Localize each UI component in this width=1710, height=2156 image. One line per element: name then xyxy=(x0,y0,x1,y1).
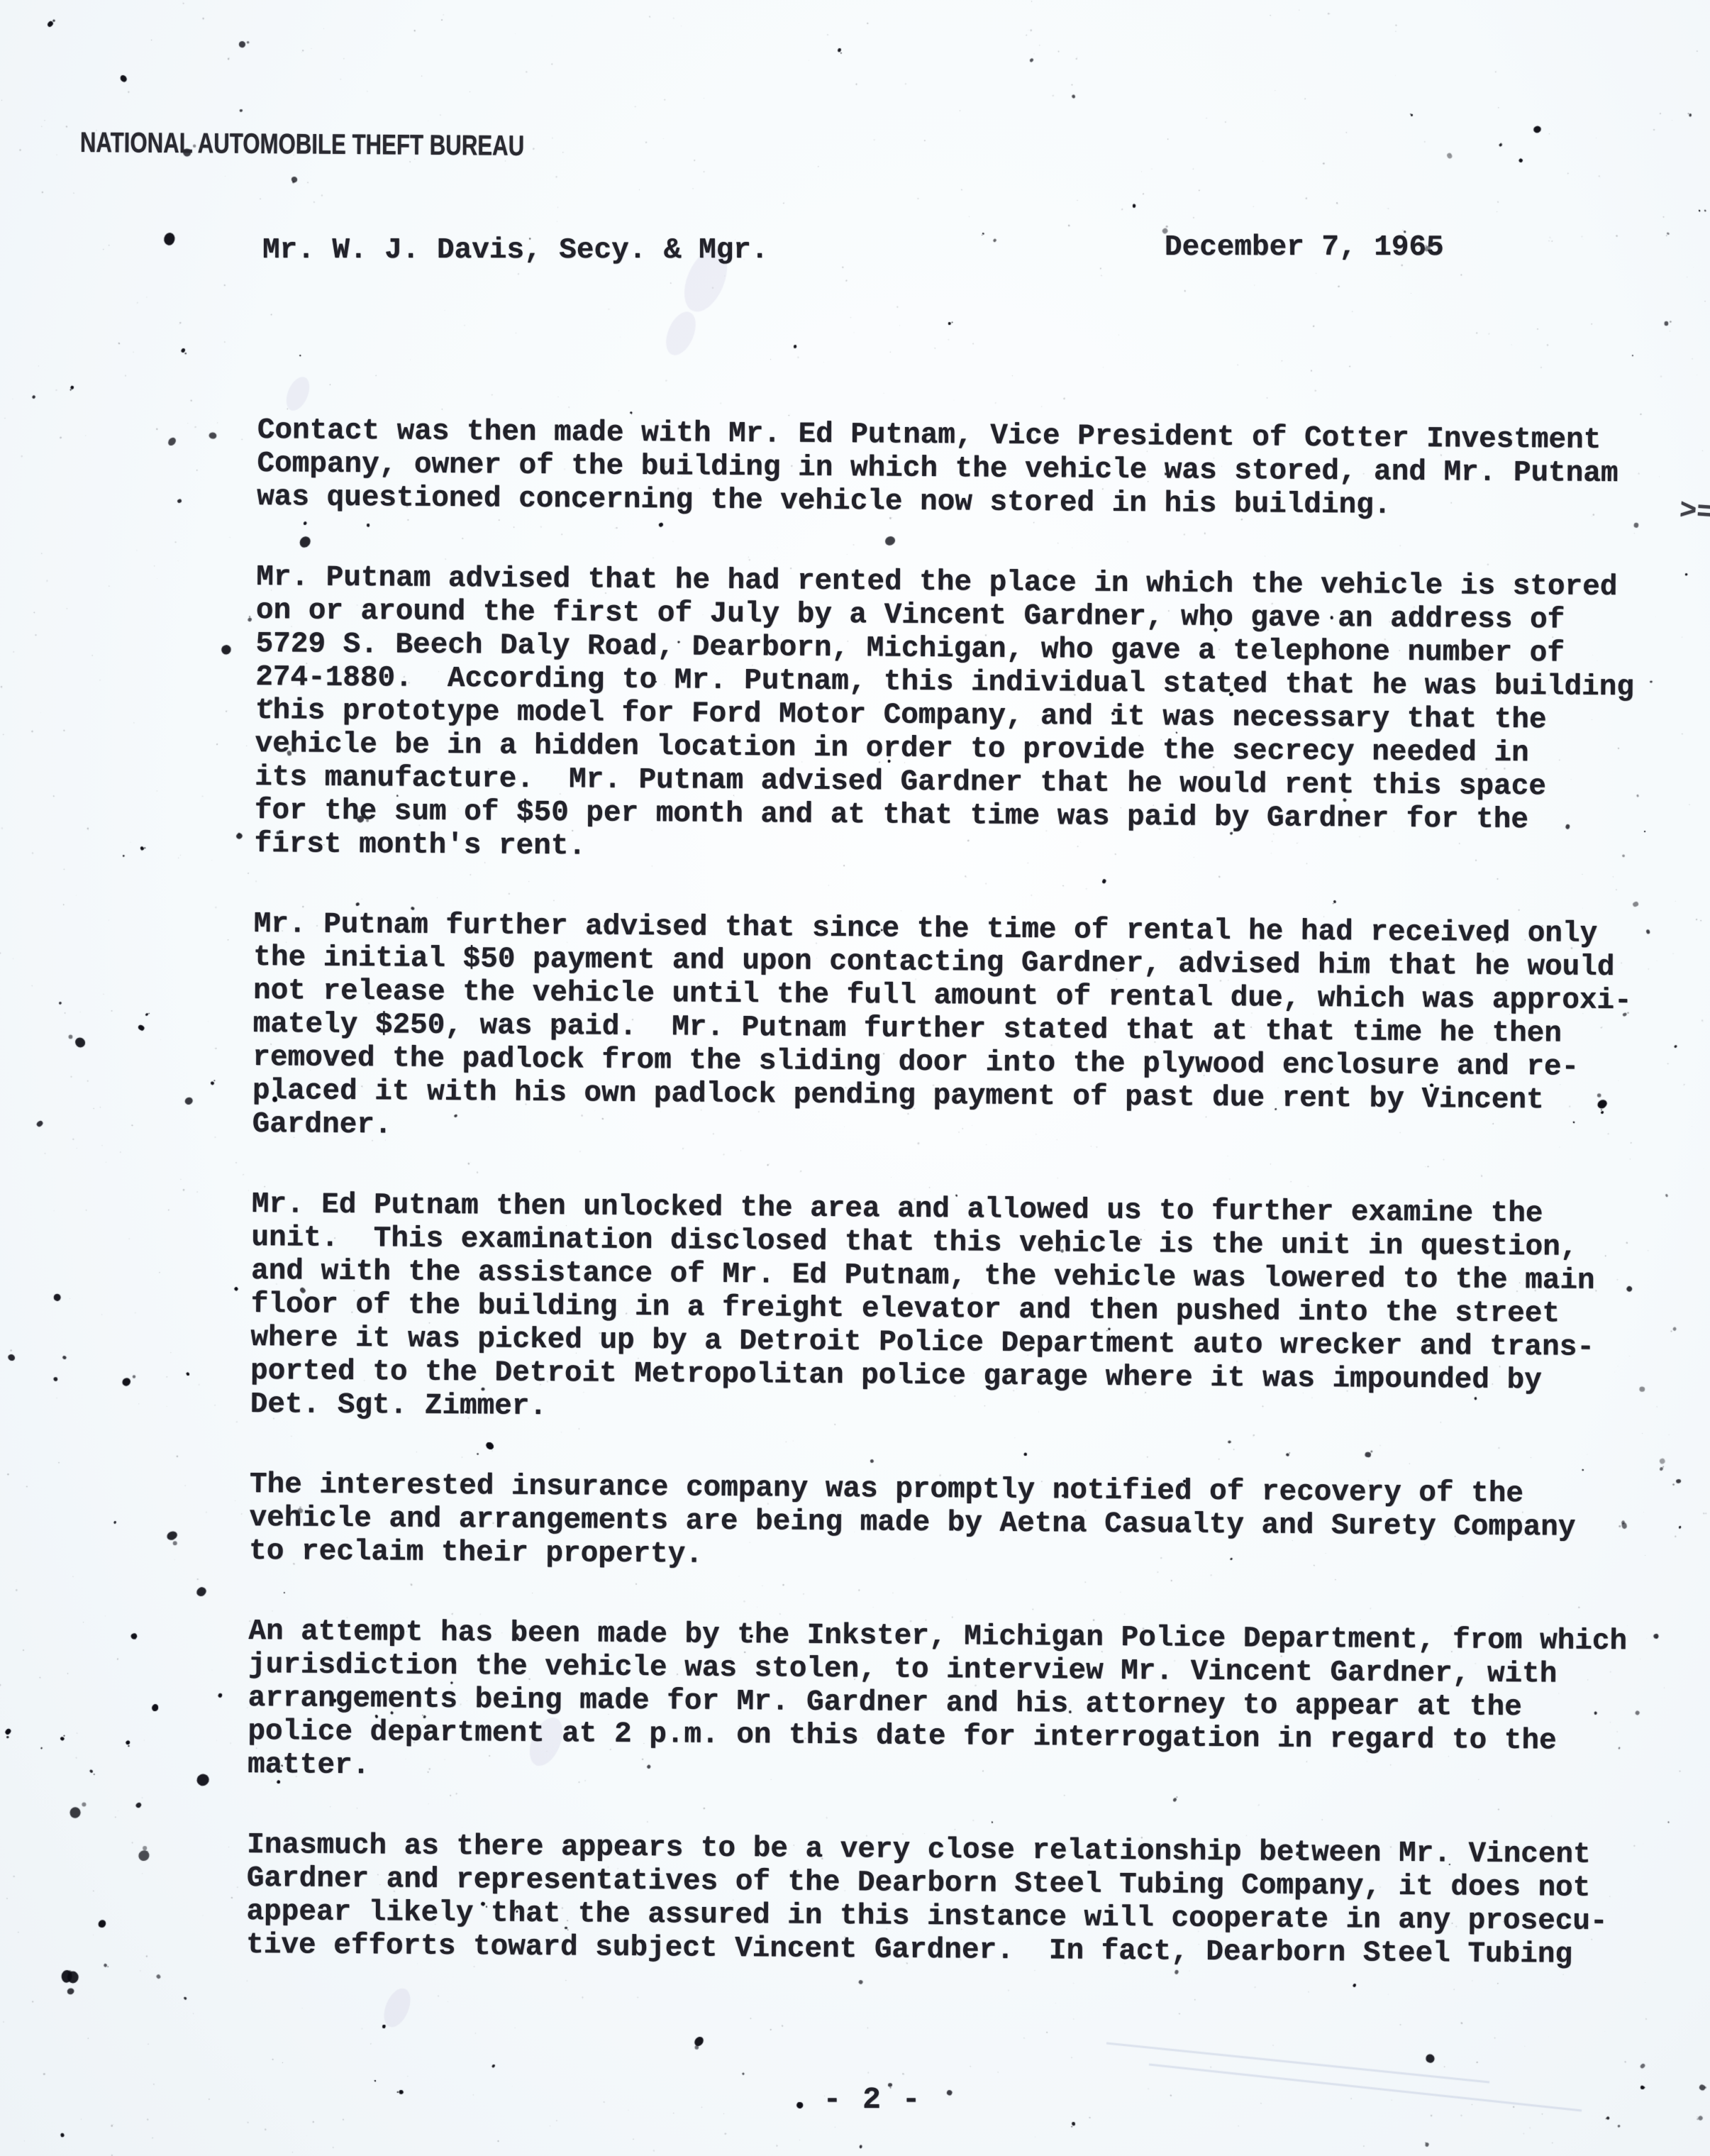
paragraph: Inasmuch as there appears to be a very c… xyxy=(246,1829,1672,1973)
paragraph: Contact was then made with Mr. Ed Putnam… xyxy=(257,414,1683,525)
recipient-line: Mr. W. J. Davis, Secy. & Mgr. xyxy=(262,234,769,267)
page-number: - 2 - xyxy=(766,2083,979,2116)
paragraph: An attempt has been made by the Inkster,… xyxy=(248,1615,1675,1793)
paragraph: Mr. Putnam further advised that since th… xyxy=(252,908,1679,1152)
paragraph: Mr. Ed Putnam then unlocked the area and… xyxy=(250,1188,1677,1432)
letter-body: Contact was then made with Mr. Ed Putnam… xyxy=(246,414,1683,2020)
scanned-letter-page: NATIONAL AUTOMOBILE THEFT BUREAU Mr. W. … xyxy=(0,0,1710,2156)
scan-artifact-mark: >= xyxy=(1678,495,1710,529)
date-line: December 7, 1965 xyxy=(1165,231,1444,265)
letter-content: NATIONAL AUTOMOBILE THEFT BUREAU Mr. W. … xyxy=(0,0,1710,2156)
letterhead: NATIONAL AUTOMOBILE THEFT BUREAU xyxy=(80,128,524,160)
paragraph: The interested insurance company was pro… xyxy=(249,1469,1675,1579)
paragraph: Mr. Putnam advised that he had rented th… xyxy=(254,561,1682,872)
